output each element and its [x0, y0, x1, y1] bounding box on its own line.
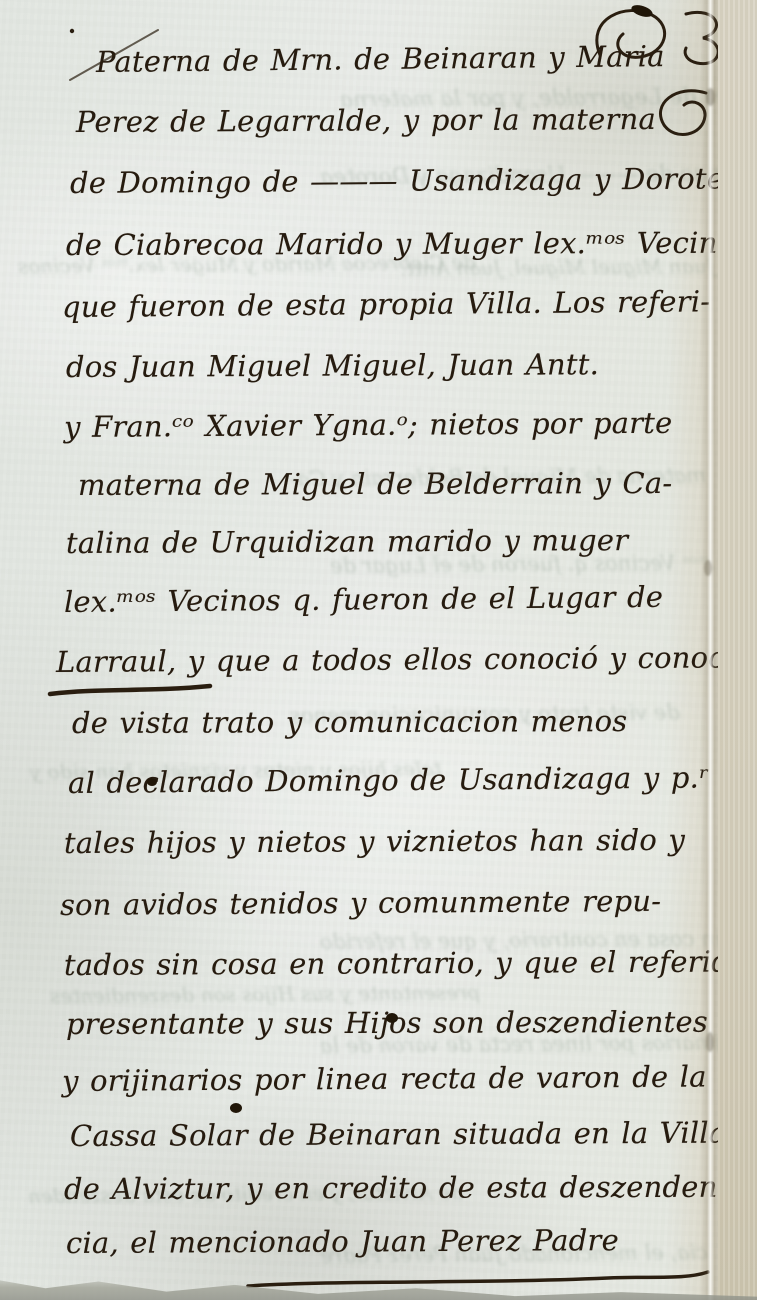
- manuscript-line: al declarado Domingo de Usandizaga y p.ʳ: [68, 760, 710, 800]
- manuscript-line: talina de Urquidizan marido y muger: [66, 523, 628, 560]
- manuscript-line: de Alviztur, y en credito de esta deszen…: [64, 1170, 718, 1206]
- manuscript-line: materna de Miguel de Belderrain y Ca-: [78, 466, 672, 502]
- manuscript-line: presentante y sus Hijos son deszendiente…: [66, 1005, 708, 1041]
- ink-blot: [630, 3, 654, 19]
- manuscript-line: que fueron de esta propia Villa. Los ref…: [62, 284, 711, 324]
- manuscript-line: y Fran.ᶜᵒ Xavier Ygna.ᵒ; nietos por part…: [64, 406, 673, 444]
- bleedthrough-text: presentante y sus Hijos son deszendiente…: [50, 980, 480, 1008]
- page-edge: [718, 0, 757, 1300]
- crease-notch: [706, 1032, 714, 1052]
- manuscript-line: Cassa Solar de Beinaran situada en la Vi…: [70, 1116, 726, 1153]
- page-fold-crease: [700, 0, 720, 1300]
- ink-dot: [70, 29, 74, 33]
- manuscript-line: dos Juan Miguel Miguel, Juan Antt.: [66, 347, 599, 384]
- final-underline: [248, 1272, 708, 1286]
- manuscript-line: tados sin cosa en contrario, y que el re…: [64, 944, 748, 982]
- manuscript-line: y orijinarios por linea recta de varon d…: [62, 1059, 707, 1098]
- torn-bottom-edge: [0, 1272, 757, 1300]
- manuscript-line: son avidos tenidos y comunmente repu-: [60, 884, 661, 922]
- manuscript-line: de vista trato y comunicacion menos: [72, 704, 627, 740]
- manuscript-line: Larraul, y que a todos ellos conoció y c…: [56, 640, 742, 679]
- manuscript-line: cia, el mencionado Juan Perez Padre: [66, 1223, 619, 1260]
- manuscript-line: Perez de Legarralde, y por la materna: [76, 102, 656, 139]
- manuscript-line: tales hijos y nietos y viznietos han sid…: [64, 823, 685, 860]
- crease-notch: [706, 88, 715, 106]
- ink-blot: [230, 1103, 242, 1113]
- manuscript-line: lex.ᵐᵒˢ Vecinos q. fueron de el Lugar de: [64, 580, 663, 619]
- manuscript-line: de Ciabrecoa Marido y Muger lex.ᵐᵒˢ Veci…: [66, 226, 750, 262]
- manuscript-page: Perez de Legarralde, y por la materna de…: [0, 0, 757, 1300]
- manuscript-line: Paterna de Mrn. de Beinaran y Maria: [96, 39, 665, 79]
- crease-notch: [704, 560, 712, 576]
- larraul-underline: [50, 686, 210, 694]
- manuscript-line: de Domingo de ——— Usandizaga y Dorotea: [70, 161, 742, 200]
